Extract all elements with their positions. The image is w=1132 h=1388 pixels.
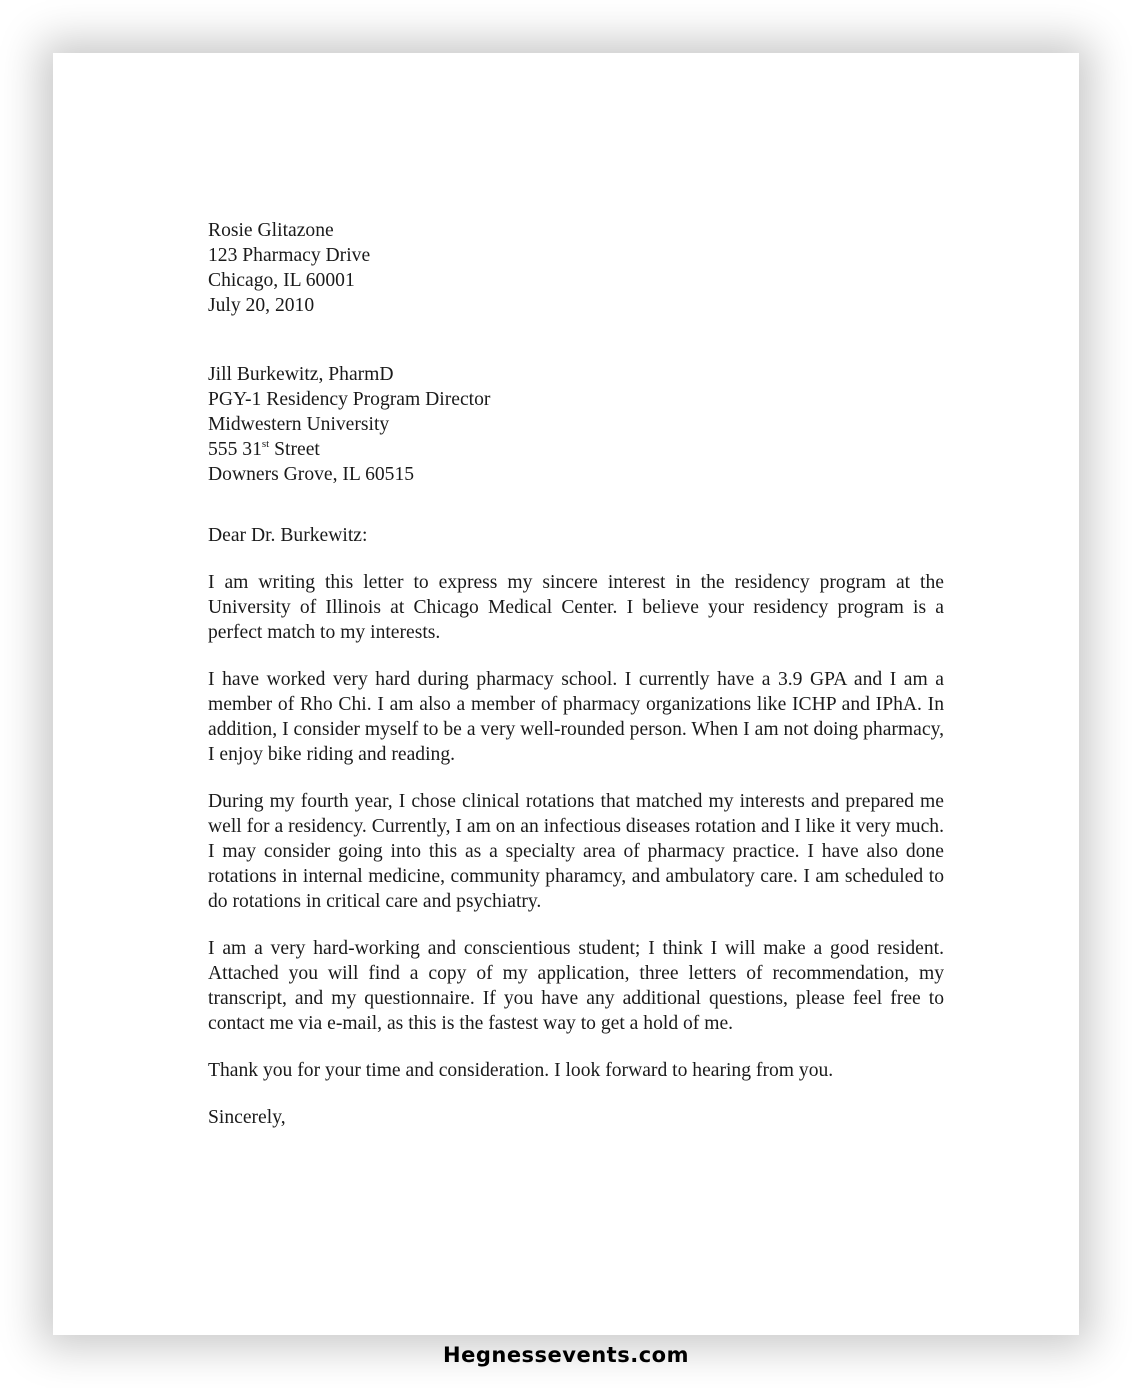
recipient-street: 555 31st Street bbox=[208, 437, 944, 462]
letter-page: Rosie Glitazone 123 Pharmacy Drive Chica… bbox=[53, 53, 1079, 1335]
body-paragraph-1: I am writing this letter to express my s… bbox=[208, 570, 944, 645]
sender-address-block: Rosie Glitazone 123 Pharmacy Drive Chica… bbox=[208, 218, 944, 318]
recipient-organization: Midwestern University bbox=[208, 412, 944, 437]
body-paragraph-3: During my fourth year, I chose clinical … bbox=[208, 789, 944, 914]
recipient-name: Jill Burkewitz, PharmD bbox=[208, 362, 944, 387]
salutation: Dear Dr. Burkewitz: bbox=[208, 523, 944, 548]
recipient-address-block: Jill Burkewitz, PharmD PGY-1 Residency P… bbox=[208, 362, 944, 487]
cover-letter: Rosie Glitazone 123 Pharmacy Drive Chica… bbox=[208, 218, 944, 1130]
sender-street: 123 Pharmacy Drive bbox=[208, 243, 944, 268]
body-paragraph-5: Thank you for your time and consideratio… bbox=[208, 1058, 944, 1083]
body-paragraph-4: I am a very hard-working and conscientio… bbox=[208, 936, 944, 1036]
recipient-street-number: 555 31 bbox=[208, 439, 262, 460]
closing: Sincerely, bbox=[208, 1105, 944, 1130]
recipient-city-state-zip: Downers Grove, IL 60515 bbox=[208, 462, 944, 487]
recipient-street-name: Street bbox=[269, 439, 320, 460]
sender-name: Rosie Glitazone bbox=[208, 218, 944, 243]
letter-date: July 20, 2010 bbox=[208, 293, 944, 318]
site-watermark: Hegnessevents.com bbox=[0, 1343, 1132, 1367]
recipient-title: PGY-1 Residency Program Director bbox=[208, 387, 944, 412]
sender-city-state-zip: Chicago, IL 60001 bbox=[208, 268, 944, 293]
body-paragraph-2: I have worked very hard during pharmacy … bbox=[208, 667, 944, 767]
